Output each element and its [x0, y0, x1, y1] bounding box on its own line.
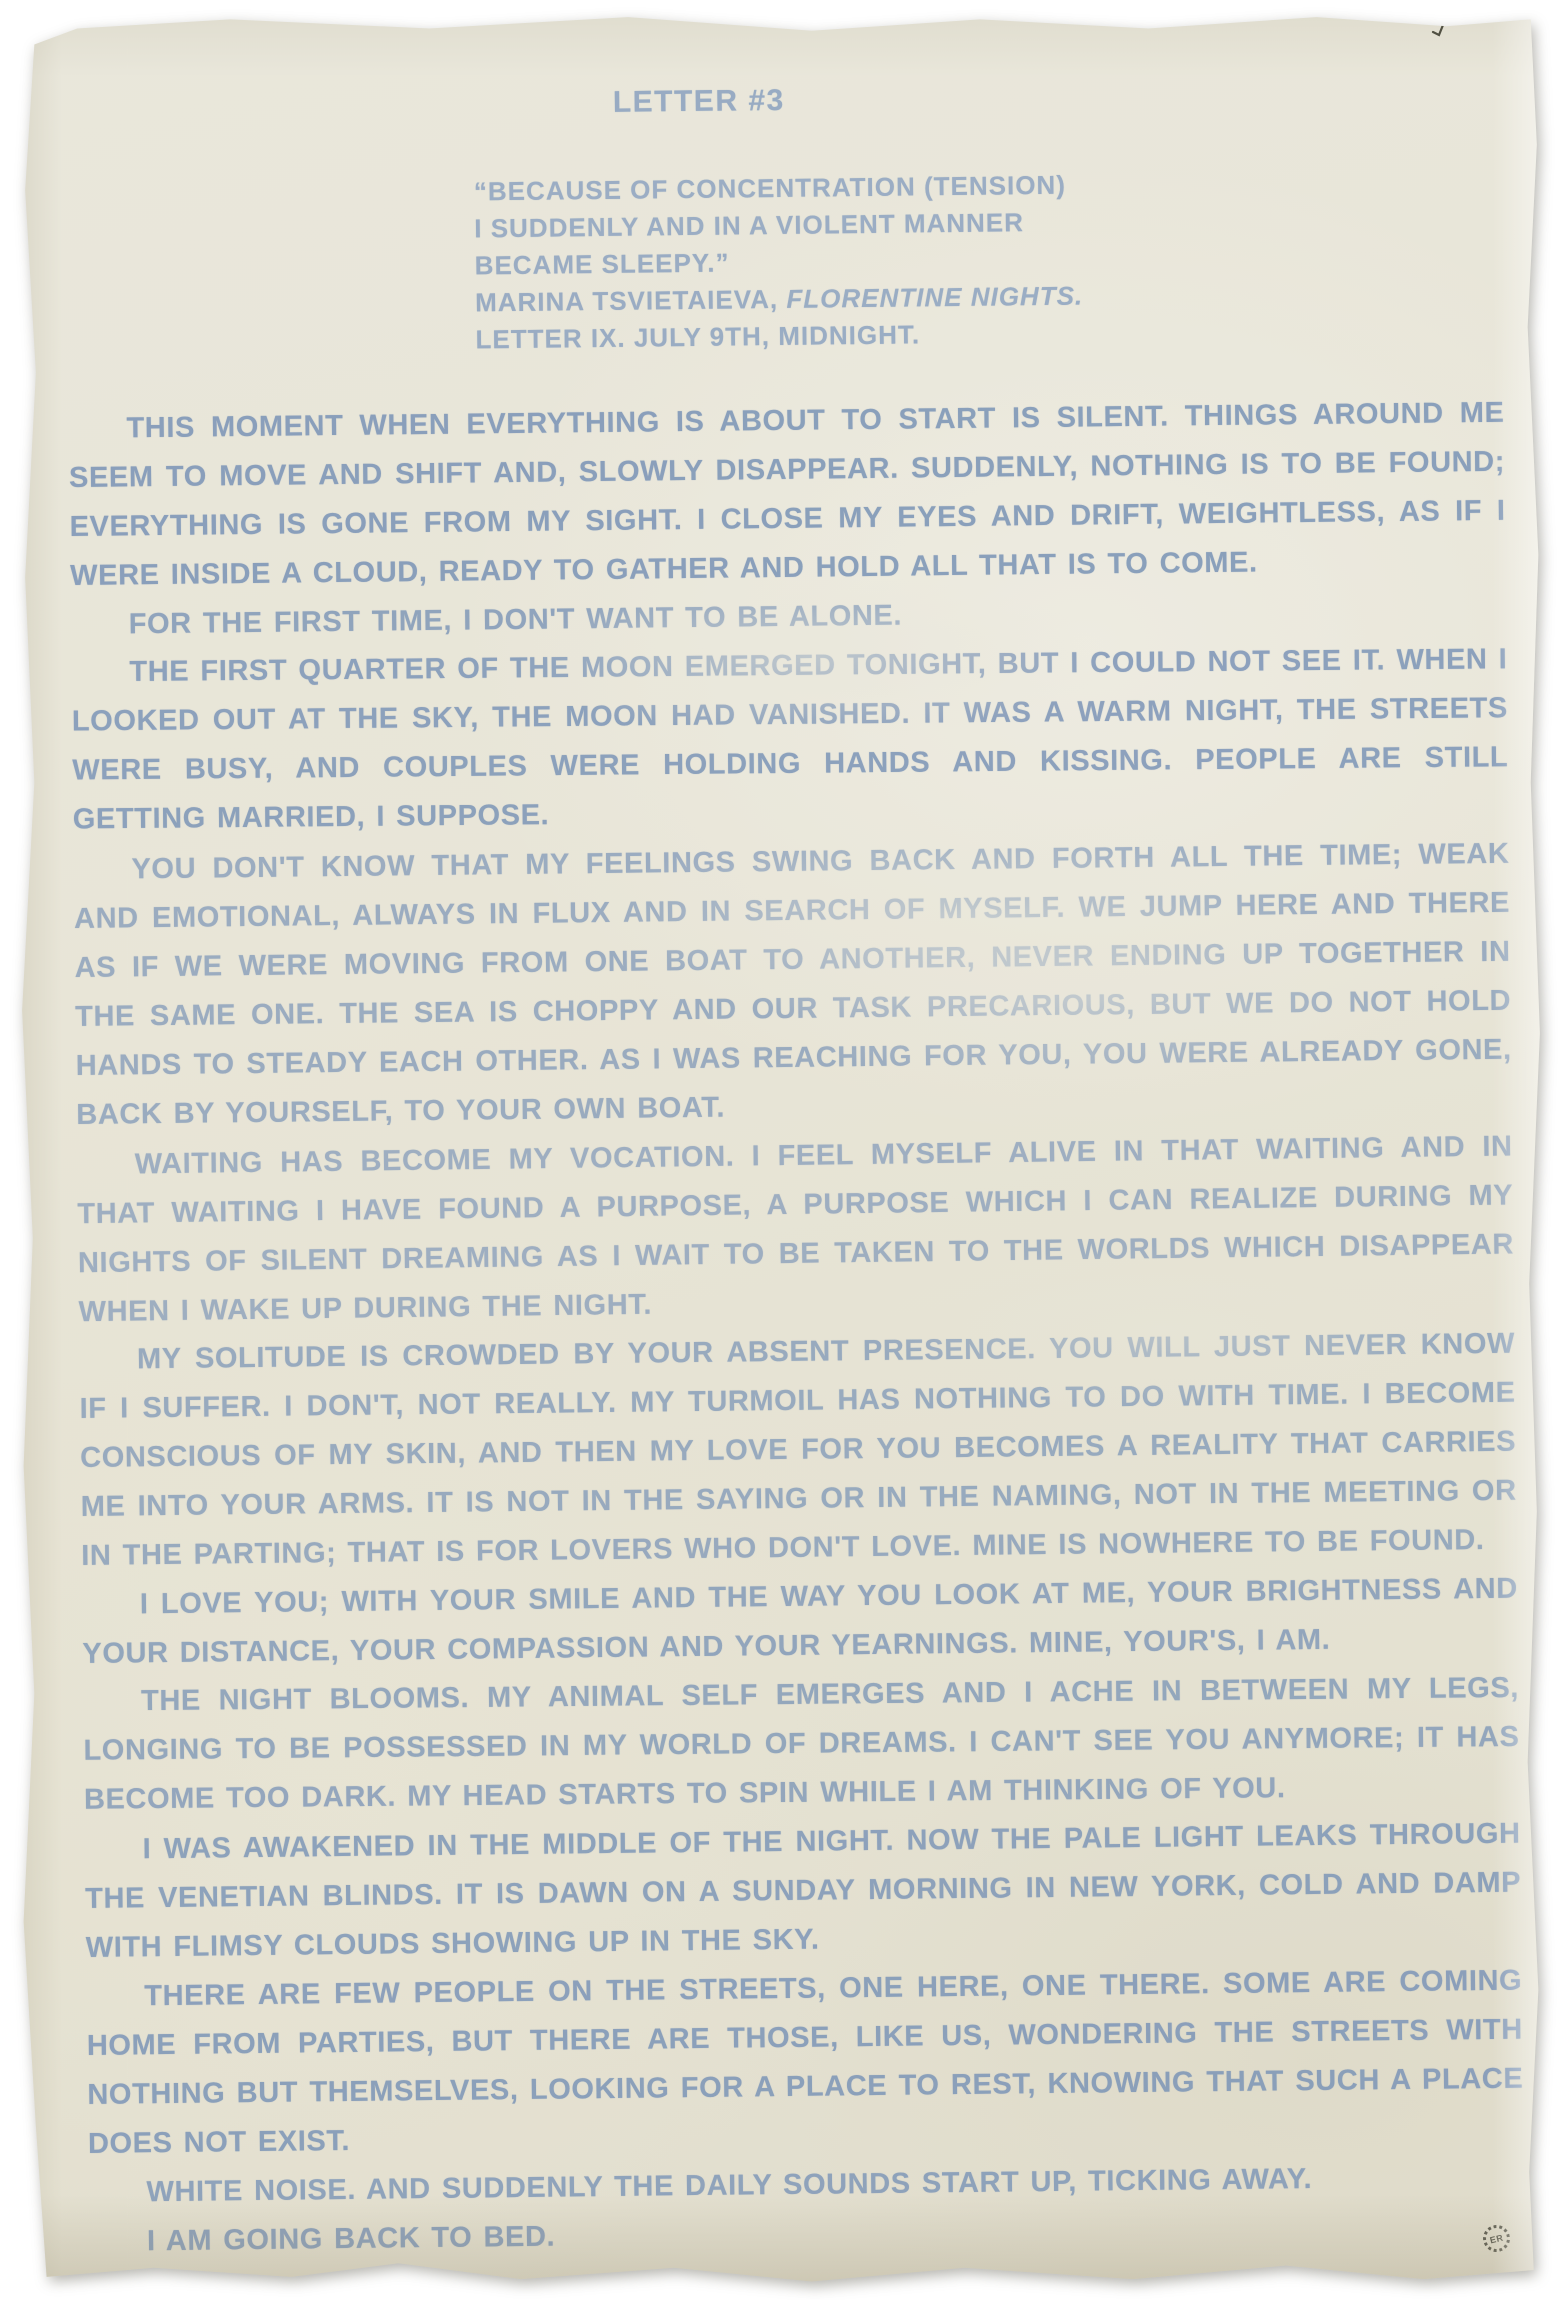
letter-paragraph: THE NIGHT BLOOMS. MY ANIMAL SELF EMERGES…	[83, 1664, 1520, 1825]
letter-title: LETTER #3	[613, 76, 1501, 120]
epigraph-author: MARINA TSVIETAIEVA,	[475, 284, 787, 318]
paper-sheet: LETTER #3 “BECAUSE OF CONCENTRATION (TEN…	[16, 8, 1546, 2286]
staple-mark-icon	[1430, 18, 1458, 40]
letter-paragraph: YOU DON'T KNOW THAT MY FEELINGS SWING BA…	[73, 830, 1512, 1140]
letter-paragraph: WAITING HAS BECOME MY VOCATION. I FEEL M…	[76, 1122, 1514, 1337]
letter-paragraph: THE FIRST QUARTER OF THE MOON EMERGED TO…	[71, 635, 1509, 844]
letter-paragraph: I WAS AWAKENED IN THE MIDDLE OF THE NIGH…	[84, 1810, 1522, 1973]
letter-paragraph: THIS MOMENT WHEN EVERYTHING IS ABOUT TO …	[68, 389, 1506, 601]
letter-body: THIS MOMENT WHEN EVERYTHING IS ABOUT TO …	[68, 389, 1525, 2267]
letter-paragraph: I LOVE YOU; WITH YOUR SMILE AND THE WAY …	[82, 1565, 1519, 1679]
letter-paragraph: THERE ARE FEW PEOPLE ON THE STREETS, ONE…	[86, 1957, 1524, 2169]
scan-background: LETTER #3 “BECAUSE OF CONCENTRATION (TEN…	[0, 0, 1568, 2300]
epigraph-work-title: FLORENTINE NIGHTS.	[786, 281, 1083, 314]
epigraph: “BECAUSE OF CONCENTRATION (TENSION) I SU…	[474, 162, 1504, 359]
printers-stamp-label: ER	[1489, 2232, 1505, 2245]
letter-content: LETTER #3 “BECAUSE OF CONCENTRATION (TEN…	[6, 0, 1561, 2268]
letter-paragraph: MY SOLITUDE IS CROWDED BY YOUR ABSENT PR…	[79, 1320, 1518, 1581]
paper-wrap: LETTER #3 “BECAUSE OF CONCENTRATION (TEN…	[16, 8, 1546, 2286]
